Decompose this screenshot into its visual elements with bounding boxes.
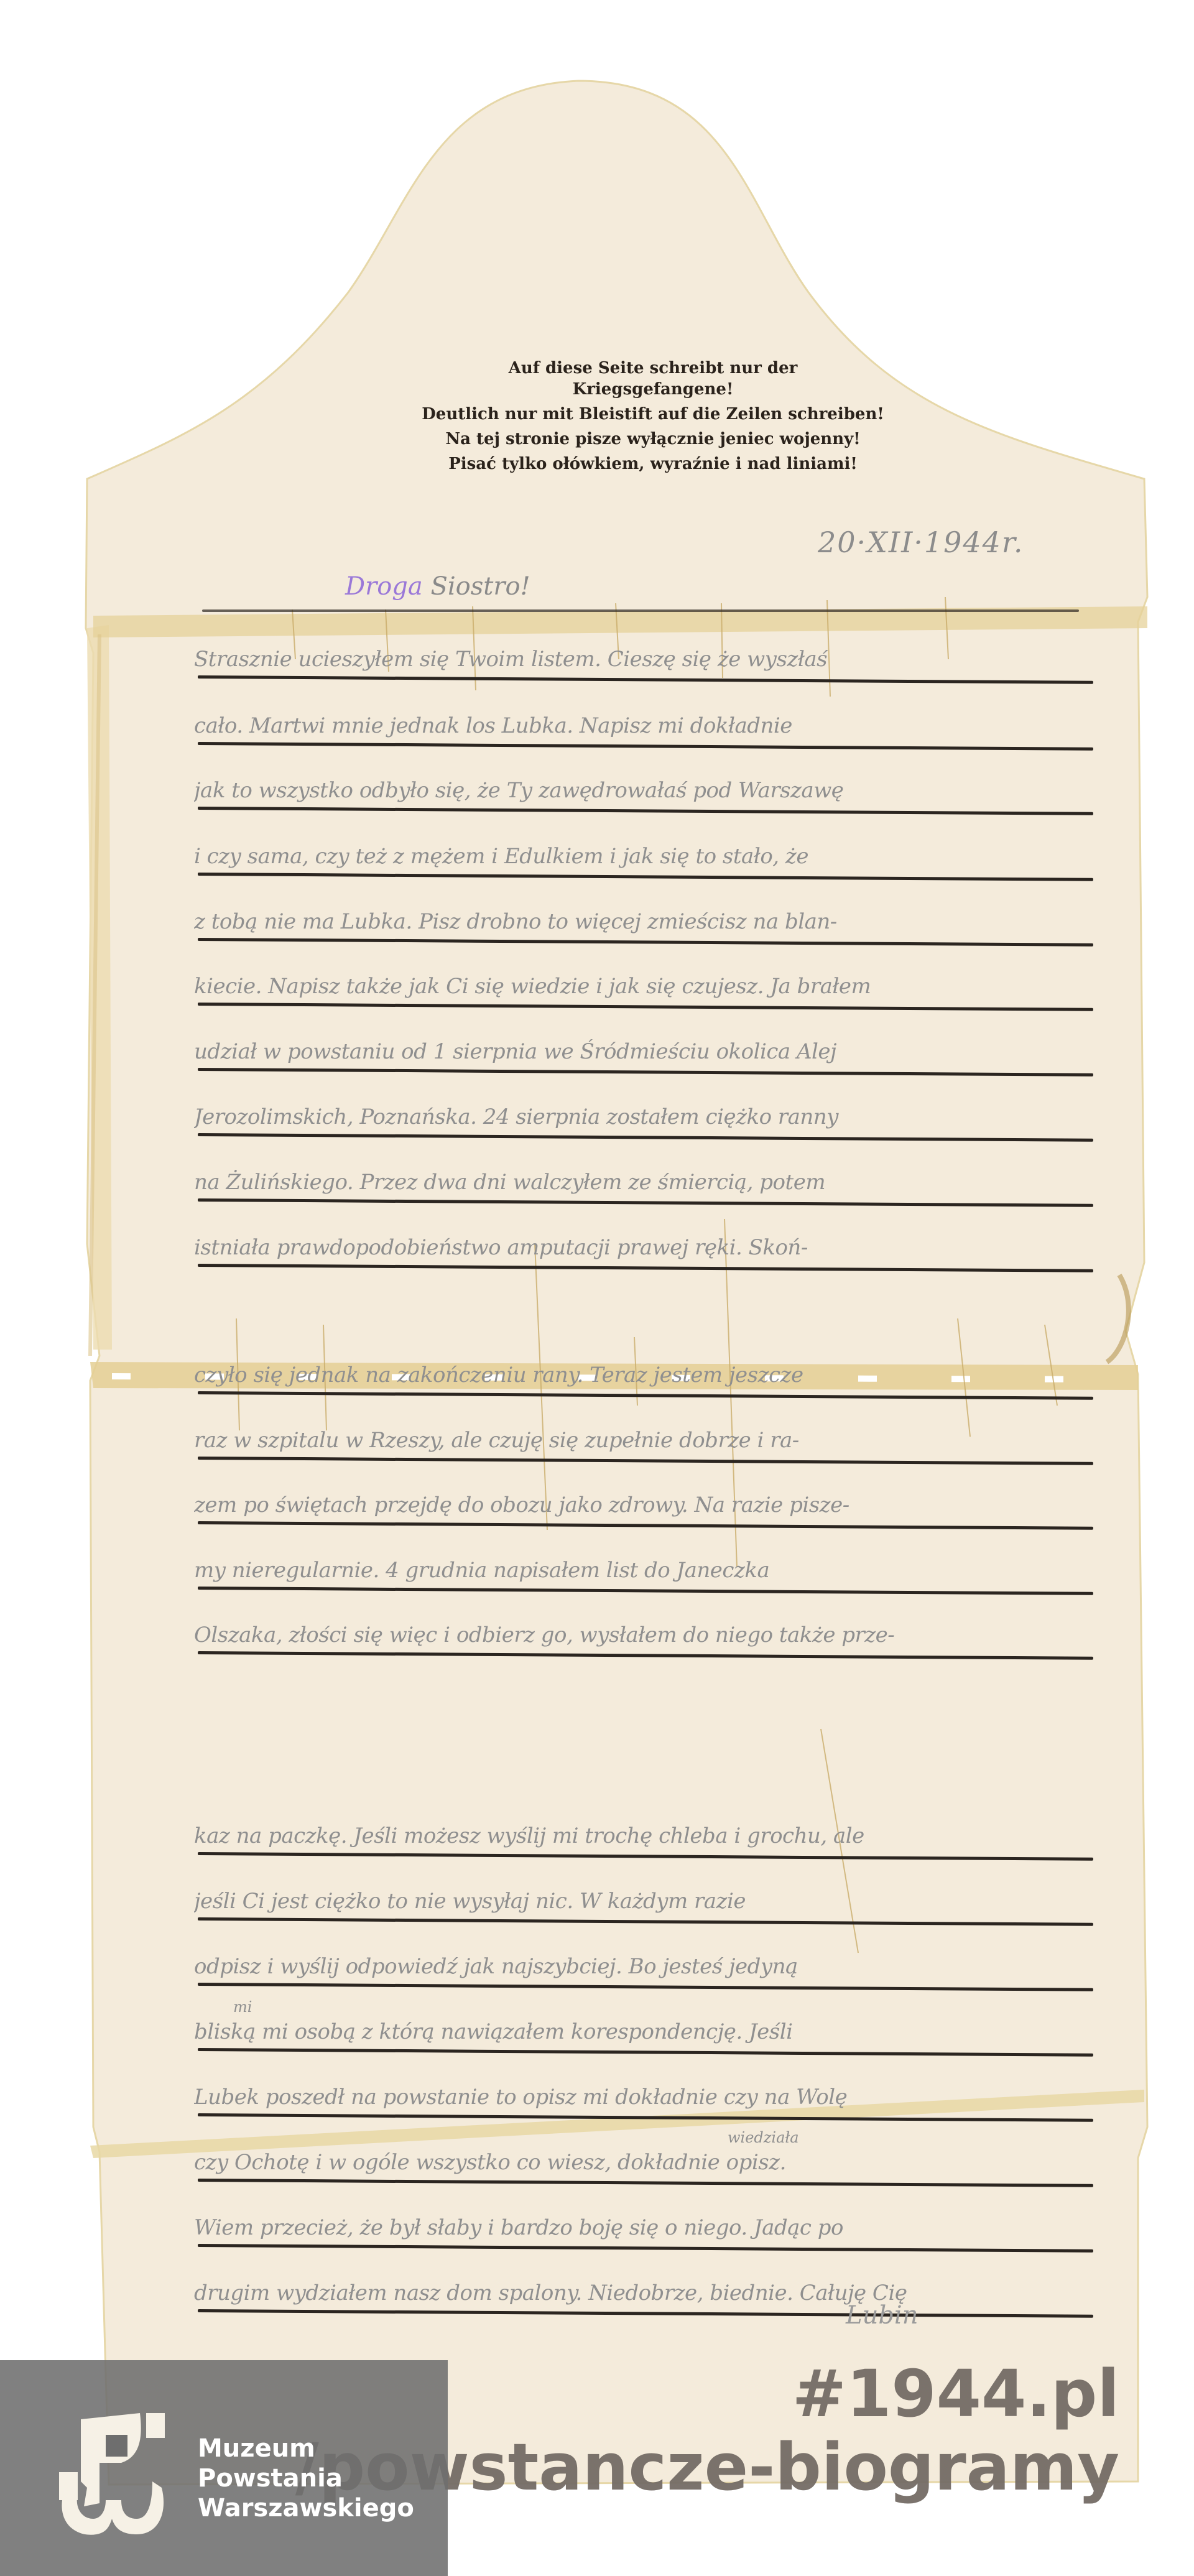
museum-name-line-2: Powstania [198,2463,414,2493]
handwritten-line: jak to wszystko odbyło się, że Ty zawędr… [194,778,1096,803]
instruction-line-german-3: Deutlich nur mit Bleistift auf die Zeile… [373,404,933,425]
museum-badge: Muzeum Powstania Warszawskiego [0,2360,448,2576]
handwritten-line: bliską mi osobą z którą nawiązałem kores… [194,2019,1096,2044]
greeting-purple-word: Droga [345,572,423,601]
museum-name-line-1: Muzeum [198,2434,414,2463]
letter-greeting: Droga Siostro! [345,572,530,601]
greeting-pencil-word: Siostro! [423,572,530,601]
handwritten-line: udział w powstaniu od 1 sierpnia we Śród… [194,1039,1096,1064]
handwritten-line: zem po świętach przejdę do obozu jako zd… [194,1493,1096,1517]
handwritten-line: raz w szpitalu w Rzeszy, ale czuję się z… [194,1428,1096,1453]
handwritten-line: Strasznie ucieszyłem się Twoim listem. C… [194,647,1096,672]
instruction-line-polish-2: Pisać tylko ołówkiem, wyraźnie i nad lin… [373,453,933,475]
signature: Lubin [846,2301,1032,2351]
handwritten-line: Jerozolimskich, Poznańska. 24 sierpnia z… [194,1105,1096,1129]
printed-instructions: Auf diese Seite schreibt nur der Kriegsg… [373,358,933,478]
letter-date: 20·XII·1944r. [818,526,1024,559]
instruction-line-polish-1: Na tej stronie pisze wyłącznie jeniec wo… [373,429,933,450]
handwritten-line: Olszaka, złości się więc i odbierz go, w… [194,1623,1096,1647]
instruction-line-german-1: Auf diese Seite schreibt nur der [373,358,933,379]
handwritten-line: odpisz i wyślij odpowiedź jak najszybcie… [194,1954,1096,1979]
handwritten-line: na Żulińskiego. Przez dwa dni walczyłem … [194,1170,1096,1195]
kotwica-anchor-icon [59,2413,171,2537]
handwritten-line: kiecie. Napisz także jak Ci się wiedzie … [194,974,1096,999]
handwritten-line: czyło się jednak na zakończeniu rany. Te… [194,1363,1096,1388]
interlinear-insertion: wiedziała [728,2129,799,2146]
ruled-line [202,609,1079,612]
handwritten-line: Lubek poszedł na powstanie to opisz mi d… [194,2085,1096,2110]
handwritten-line: my nieregularnie. 4 grudnia napisałem li… [194,1558,1096,1583]
handwritten-line: z tobą nie ma Lubka. Pisz drobno to więc… [194,909,1096,934]
instruction-line-german-2: Kriegsgefangene! [373,379,933,400]
handwritten-line: czy Ochotę i w ogóle wszystko co wiesz, … [194,2150,1096,2175]
museum-name-line-3: Warszawskiego [198,2493,414,2523]
handwritten-line: Wiem przecież, że był słaby i bardzo boj… [194,2215,1096,2240]
museum-name: Muzeum Powstania Warszawskiego [198,2434,414,2523]
interlinear-insertion: mi [233,1998,252,2016]
handwritten-line: istniała prawdopodobieństwo amputacji pr… [194,1235,1096,1260]
handwritten-line: kaz na paczkę. Jeśli możesz wyślij mi tr… [194,1823,1096,1848]
handwritten-line: cało. Martwi mnie jednak los Lubka. Napi… [194,713,1096,738]
handwritten-line: jeśli Ci jest ciężko to nie wysyłaj nic.… [194,1889,1096,1914]
handwritten-line: i czy sama, czy też z mężem i Edulkiem i… [194,844,1096,869]
